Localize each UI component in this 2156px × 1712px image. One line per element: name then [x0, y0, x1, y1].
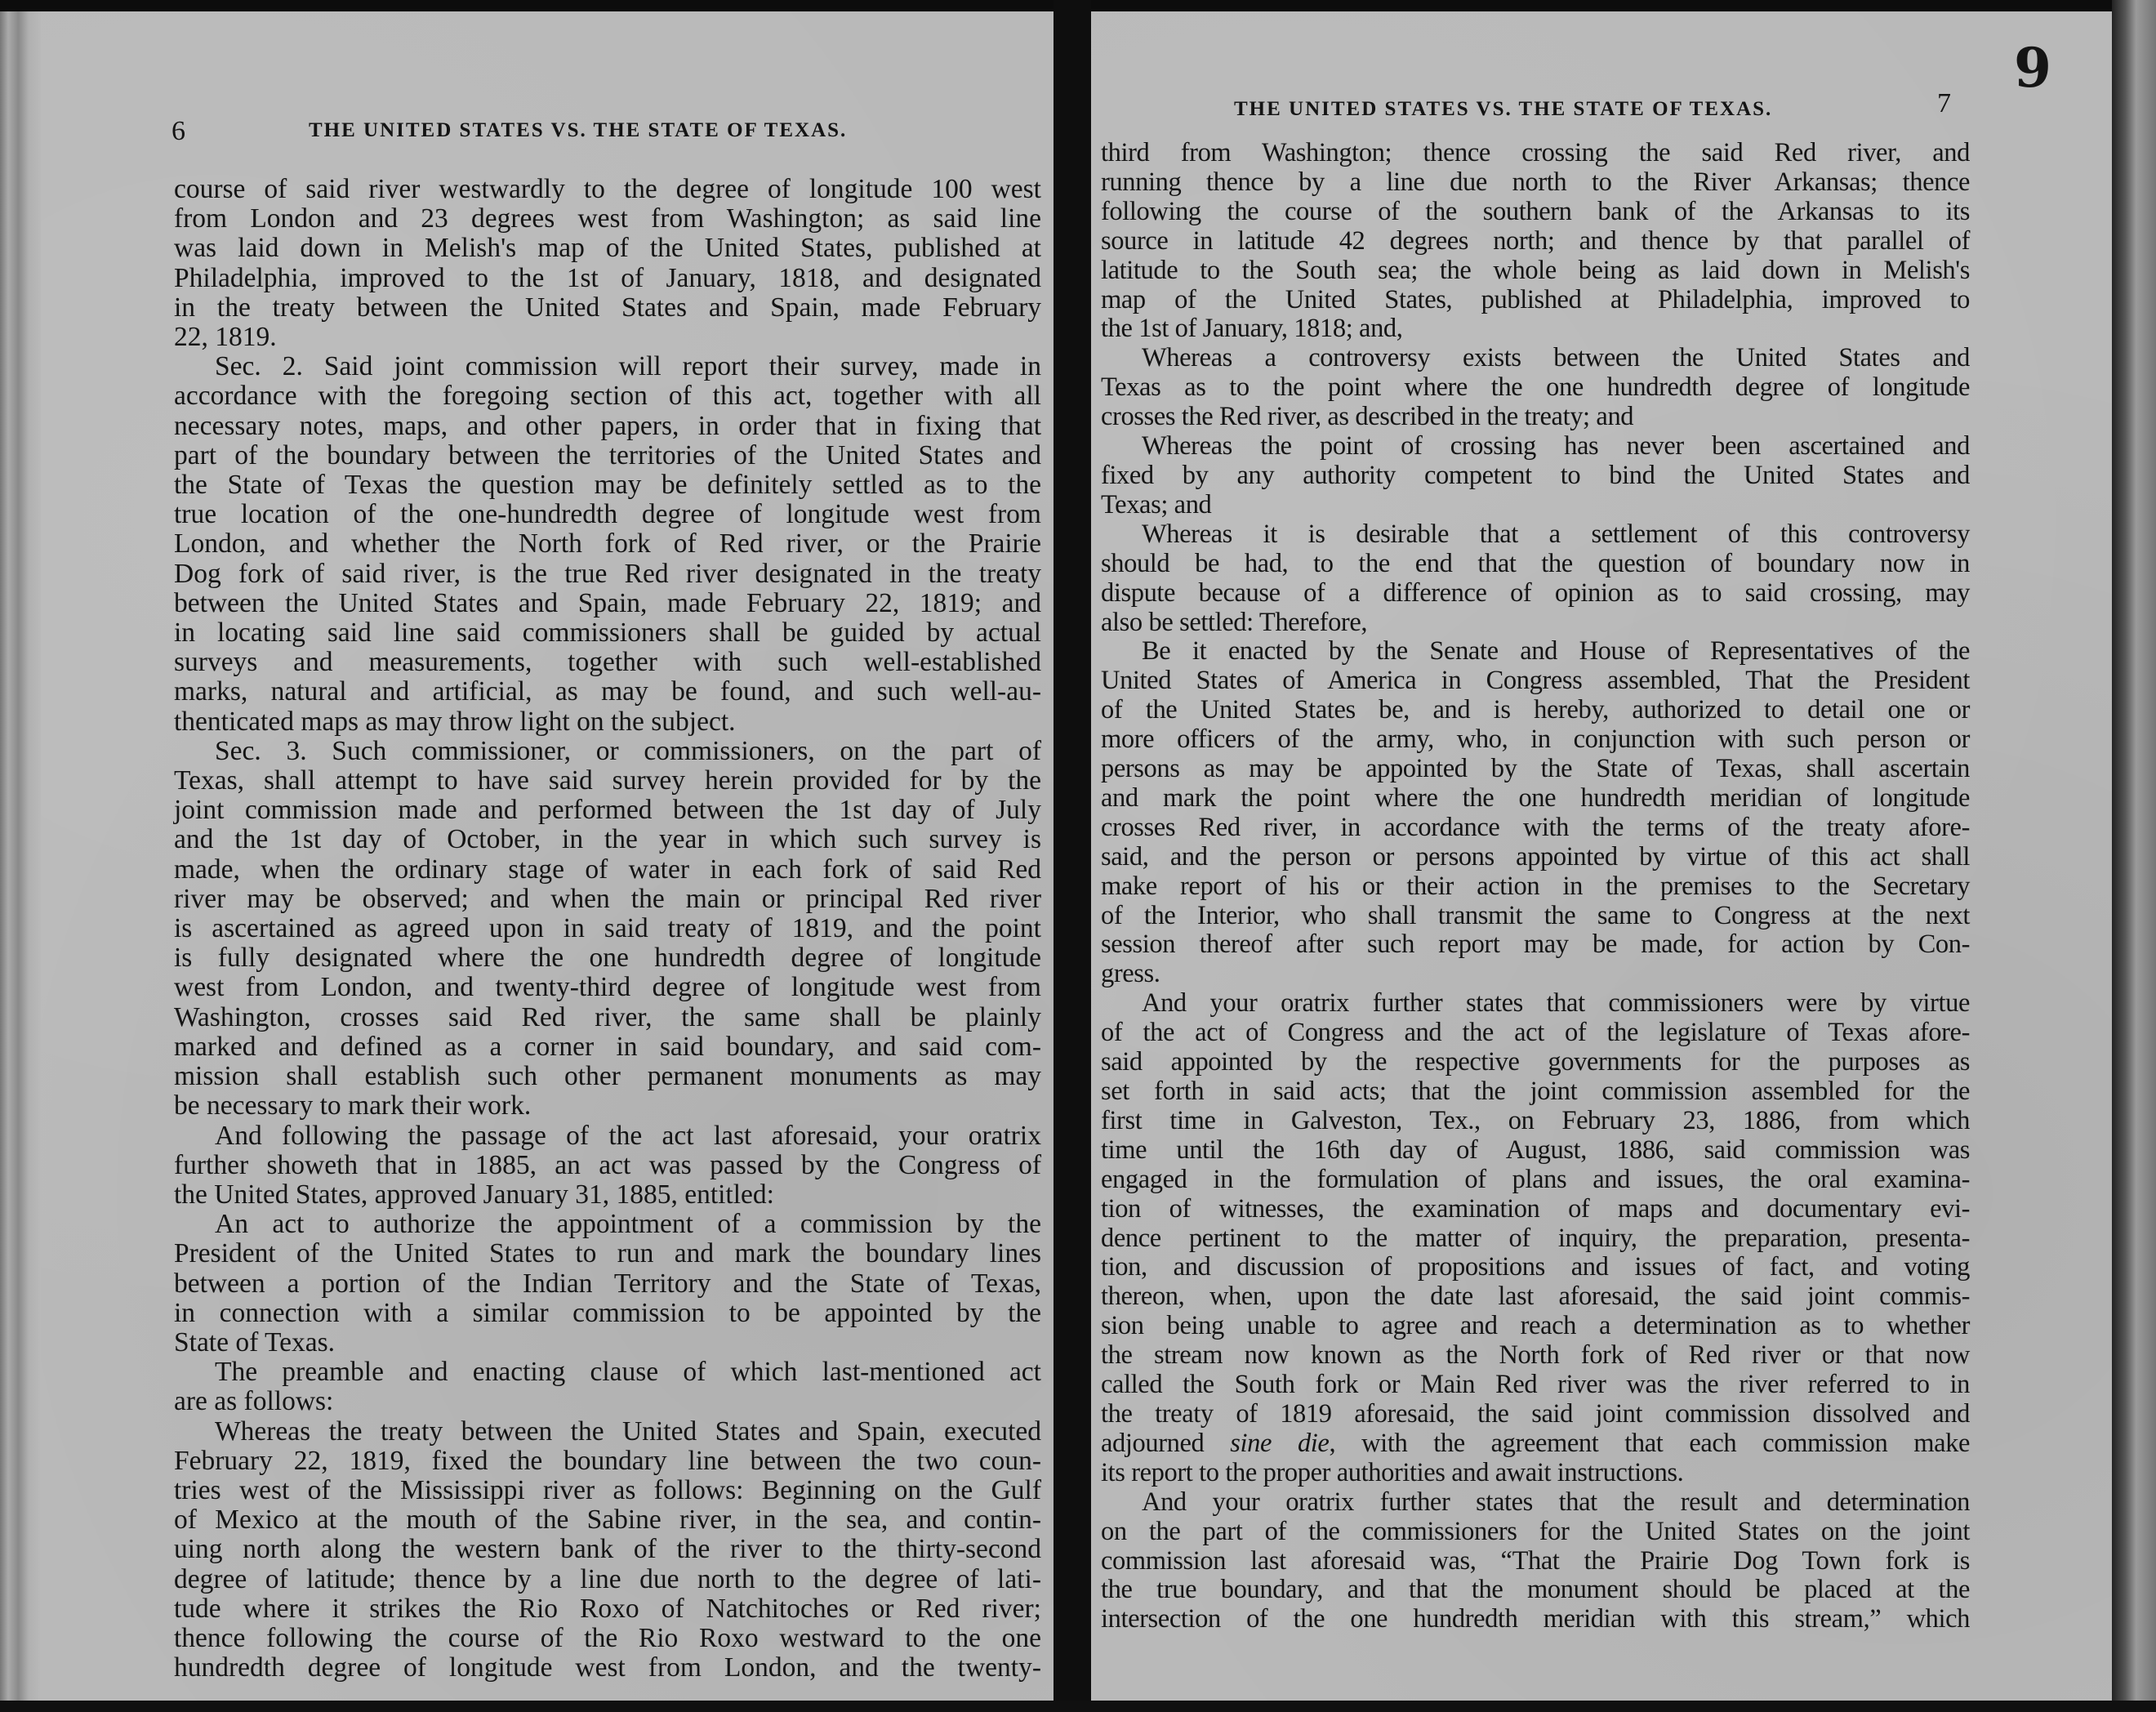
text-line: was laid down in Melish's map of the Uni… [174, 234, 1041, 263]
text-line: first time in Galveston, Tex., on Februa… [1101, 1107, 1970, 1136]
text-line: tion, and discussion of propositions and… [1101, 1253, 1970, 1282]
text-line: crosses Red river, in accordance with th… [1101, 814, 1970, 843]
text-line: degree of latitude; thence by a line due… [174, 1565, 1041, 1594]
text-line: London, and whether the North fork of Re… [174, 529, 1041, 559]
text-line: sion being unable to agree and reach a d… [1101, 1312, 1970, 1341]
text-line: accordance with the foregoing section of… [174, 381, 1041, 411]
text-line: joint commission made and performed betw… [174, 796, 1041, 825]
text-line: An act to authorize the appointment of a… [174, 1210, 1041, 1239]
text-line: true location of the one-hundredth degre… [174, 500, 1041, 529]
text-line: made, when the ordinary stage of water i… [174, 855, 1041, 885]
right-running-head: THE UNITED STATES VS. THE STATE OF TEXAS… [1234, 98, 1772, 121]
text-line: the United States, approved January 31, … [174, 1180, 1041, 1210]
text-line: the stream now known as the North fork o… [1101, 1341, 1970, 1371]
text-line: thenticated maps as may throw light on t… [174, 707, 1041, 737]
text-line: 22, 1819. [174, 323, 1041, 352]
text-line: Whereas a controversy exists between the… [1101, 344, 1970, 373]
text-line: session thereof after such report may be… [1101, 930, 1970, 960]
text-line: river may be observed; and when the main… [174, 885, 1041, 914]
text-line: surveys and measurements, together with … [174, 648, 1041, 677]
text-line: President of the United States to run an… [174, 1239, 1041, 1268]
text-line: fixed by any authority competent to bind… [1101, 461, 1970, 491]
text-line: latitude to the South sea; the whole bei… [1101, 256, 1970, 286]
text-line: and mark the point where the one hundred… [1101, 784, 1970, 814]
text-line: of the United States be, and is hereby, … [1101, 696, 1970, 725]
text-line: its report to the proper authorities and… [1101, 1459, 1970, 1488]
text-line: gress. [1101, 960, 1970, 989]
text-line: marks, natural and artificial, as may be… [174, 677, 1041, 707]
text-line: dispute because of a difference of opini… [1101, 579, 1970, 609]
text-line: further showeth that in 1885, an act was… [174, 1151, 1041, 1180]
right-page: THE UNITED STATES VS. THE STATE OF TEXAS… [1091, 11, 2112, 1701]
text-line: dence pertinent to the matter of inquiry… [1101, 1224, 1970, 1254]
text-line: also be settled: Therefore, [1101, 609, 1970, 638]
text-line: And your oratrix further states that the… [1101, 1488, 1970, 1518]
text-line: be necessary to mark their work. [174, 1091, 1041, 1121]
scan-bottom-edge [0, 1701, 2156, 1712]
text-line: said appointed by the respective governm… [1101, 1048, 1970, 1077]
text-line: the 1st of January, 1818; and, [1101, 314, 1970, 344]
text-line: necessary notes, maps, and other papers,… [174, 412, 1041, 441]
text-line: uing north along the western bank of the… [174, 1535, 1041, 1564]
text-line: time until the 16th day of August, 1886,… [1101, 1136, 1970, 1166]
left-page: 6 THE UNITED STATES VS. THE STATE OF TEX… [0, 11, 1065, 1701]
right-page-edge [2112, 0, 2156, 1712]
right-page-body: third from Washington; thence crossing t… [1101, 139, 1970, 1634]
text-line: tion of witnesses, the examination of ma… [1101, 1195, 1970, 1224]
text-line: tude where it strikes the Rio Roxo of Na… [174, 1594, 1041, 1624]
text-line: west from London, and twenty-third degre… [174, 973, 1041, 1002]
text-line: United States of America in Congress ass… [1101, 667, 1970, 696]
text-line: February 22, 1819, fixed the boundary li… [174, 1447, 1041, 1476]
text-line: set forth in said acts; that the joint c… [1101, 1077, 1970, 1107]
text-line: Dog fork of said river, is the true Red … [174, 560, 1041, 589]
text-line: of the Interior, who shall transmit the … [1101, 902, 1970, 931]
text-line: called the South fork or Main Red river … [1101, 1371, 1970, 1400]
book-spread: 6 THE UNITED STATES VS. THE STATE OF TEX… [0, 0, 2156, 1712]
archive-stamp-number: 9 [2014, 36, 2051, 100]
text-line: thence following the course of the Rio R… [174, 1624, 1041, 1653]
text-line: And following the passage of the act las… [174, 1121, 1041, 1151]
text-line: course of said river westwardly to the d… [174, 175, 1041, 204]
text-line: adjourned sine die, with the agreement t… [1101, 1429, 1970, 1459]
text-line: the treaty of 1819 aforesaid, the said j… [1101, 1400, 1970, 1429]
text-line: make report of his or their action in th… [1101, 872, 1970, 902]
text-line: engaged in the formulation of plans and … [1101, 1166, 1970, 1195]
text-line: Be it enacted by the Senate and House of… [1101, 637, 1970, 667]
text-line: mission shall establish such other perma… [174, 1062, 1041, 1091]
text-line: between the United States and Spain, mad… [174, 589, 1041, 618]
text-line: thereon, when, upon the date last afores… [1101, 1282, 1970, 1312]
text-line: third from Washington; thence crossing t… [1101, 139, 1970, 168]
left-binding-edge [0, 11, 41, 1701]
left-running-head: THE UNITED STATES VS. THE STATE OF TEXAS… [309, 119, 847, 142]
text-line: marked and defined as a corner in said b… [174, 1032, 1041, 1062]
text-line: Whereas the point of crossing has never … [1101, 432, 1970, 461]
text-line: from London and 23 degrees west from Was… [174, 204, 1041, 234]
text-line: map of the United States, published at P… [1101, 286, 1970, 315]
text-line: the true boundary, and that the monument… [1101, 1576, 1970, 1605]
text-line: more officers of the army, who, in conju… [1101, 725, 1970, 755]
text-line: is fully designated where the one hundre… [174, 943, 1041, 973]
text-line: of Mexico at the mouth of the Sabine riv… [174, 1505, 1041, 1535]
text-line: following the course of the southern ban… [1101, 198, 1970, 227]
text-line: should be had, to the end that the quest… [1101, 550, 1970, 579]
text-line: Whereas the treaty between the United St… [174, 1417, 1041, 1447]
text-line: Texas; and [1101, 491, 1970, 520]
text-line: hundredth degree of longitude west from … [174, 1653, 1041, 1683]
text-line: commission last aforesaid was, “That the… [1101, 1547, 1970, 1576]
text-line: State of Texas. [174, 1328, 1041, 1358]
book-gutter [1053, 0, 1091, 1712]
text-line: Washington, crosses said Red river, the … [174, 1003, 1041, 1032]
right-page-number: 7 [1937, 88, 1951, 119]
text-line: Whereas it is desirable that a settlemen… [1101, 520, 1970, 550]
left-page-body: course of said river westwardly to the d… [174, 175, 1041, 1683]
text-line: in locating said line said commissioners… [174, 618, 1041, 648]
italic-phrase: sine die [1230, 1429, 1329, 1458]
text-line: Texas, shall attempt to have said survey… [174, 766, 1041, 796]
text-line: source in latitude 42 degrees north; and… [1101, 227, 1970, 256]
text-line: on the part of the commissioners for the… [1101, 1518, 1970, 1547]
text-line: in connection with a similar commission … [174, 1299, 1041, 1328]
text-line: is ascertained as agreed upon in said tr… [174, 914, 1041, 943]
text-line: said, and the person or persons appointe… [1101, 843, 1970, 872]
text-line: and the 1st day of October, in the year … [174, 825, 1041, 854]
text-line: And your oratrix further states that com… [1101, 989, 1970, 1019]
text-line: Texas as to the point where the one hund… [1101, 373, 1970, 403]
text-line: tries west of the Mississippi river as f… [174, 1476, 1041, 1505]
text-line: persons as may be appointed by the State… [1101, 755, 1970, 784]
text-line: in the treaty between the United States … [174, 293, 1041, 323]
text-line: Philadelphia, improved to the 1st of Jan… [174, 264, 1041, 293]
text-line: part of the boundary between the territo… [174, 441, 1041, 470]
text-line: crosses the Red river, as described in t… [1101, 403, 1970, 432]
text-line: The preamble and enacting clause of whic… [174, 1358, 1041, 1387]
text-line: between a portion of the Indian Territor… [174, 1269, 1041, 1299]
text-line: are as follows: [174, 1387, 1041, 1416]
left-page-number: 6 [171, 116, 185, 147]
text-line: running thence by a line due north to th… [1101, 168, 1970, 198]
text-line: Sec. 2. Said joint commission will repor… [174, 352, 1041, 381]
text-line: Sec. 3. Such commissioner, or commission… [174, 737, 1041, 766]
text-line: the State of Texas the question may be d… [174, 470, 1041, 500]
text-line: intersection of the one hundredth meridi… [1101, 1605, 1970, 1634]
text-line: of the act of Congress and the act of th… [1101, 1019, 1970, 1048]
